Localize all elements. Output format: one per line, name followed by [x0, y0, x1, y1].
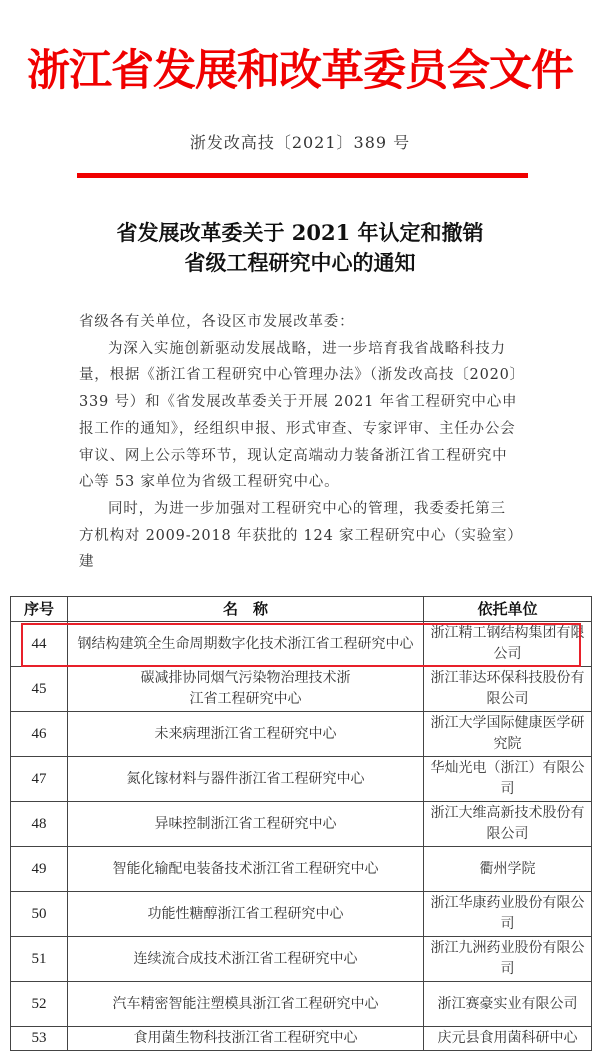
- row-host-unit: 衢州学院: [424, 847, 592, 892]
- row-center-name: 未来病理浙江省工程研究中心: [68, 712, 424, 757]
- row-center-name: 碳减排协同烟气污染物治理技术浙江省工程研究中心: [68, 667, 424, 712]
- row-center-name: 钢结构建筑全生命周期数字化技术浙江省工程研究中心: [68, 622, 424, 667]
- row-index: 50: [11, 892, 68, 937]
- row-center-name: 氮化镓材料与器件浙江省工程研究中心: [68, 757, 424, 802]
- table-row: 50 功能性糖醇浙江省工程研究中心 浙江华康药业股份有限公司: [11, 892, 592, 937]
- body-paragraph-1: 为深入实施创新驱动发展战略，进一步培育我省战略科技力量，根据《浙江省工程研究中心…: [79, 336, 519, 496]
- row-index: 44: [11, 622, 68, 667]
- table-row: 45 碳减排协同烟气污染物治理技术浙江省工程研究中心 浙江菲达环保科技股份有限公…: [11, 667, 592, 712]
- row-host-unit: 浙江大维高新技术股份有限公司: [424, 802, 592, 847]
- document-number: 浙发改高技〔2021〕389 号: [0, 132, 600, 154]
- row-index: 46: [11, 712, 68, 757]
- issuer-title: 浙江省发展和改革委员会文件: [0, 46, 600, 96]
- row-index: 45: [11, 667, 68, 712]
- table-row: 53 食用菌生物科技浙江省工程研究中心 庆元县食用菌科研中心: [11, 1027, 592, 1051]
- body-paragraph-2: 同时，为进一步加强对工程研究中心的管理，我委委托第三方机构对 2009-2018…: [79, 496, 519, 576]
- row-index: 47: [11, 757, 68, 802]
- notice-title-line-1: 省发展改革委关于 2021 年认定和撤销: [0, 218, 600, 248]
- row-center-name: 异味控制浙江省工程研究中心: [68, 802, 424, 847]
- row-host-unit: 浙江大学国际健康医学研究院: [424, 712, 592, 757]
- row-index: 49: [11, 847, 68, 892]
- row-center-name: 功能性糖醇浙江省工程研究中心: [68, 892, 424, 937]
- table-row: 52 汽车精密智能注塑模具浙江省工程研究中心 浙江赛豪实业有限公司: [11, 982, 592, 1027]
- table-row: 48 异味控制浙江省工程研究中心 浙江大维高新技术股份有限公司: [11, 802, 592, 847]
- row-host-unit: 浙江菲达环保科技股份有限公司: [424, 667, 592, 712]
- row-host-unit: 浙江九洲药业股份有限公司: [424, 937, 592, 982]
- row-host-unit: 浙江华康药业股份有限公司: [424, 892, 592, 937]
- row-host-unit: 华灿光电（浙江）有限公司: [424, 757, 592, 802]
- engineering-centers-table: 序号 名 称 依托单位 44 钢结构建筑全生命周期数字化技术浙江省工程研究中心 …: [10, 596, 592, 1051]
- row-host-unit: 浙江精工钢结构集团有限公司: [424, 622, 592, 667]
- row-center-name: 连续流合成技术浙江省工程研究中心: [68, 937, 424, 982]
- row-center-name: 汽车精密智能注塑模具浙江省工程研究中心: [68, 982, 424, 1027]
- column-header-host: 依托单位: [424, 597, 592, 622]
- table-header-row: 序号 名 称 依托单位: [11, 597, 592, 622]
- notice-title-line-2: 省级工程研究中心的通知: [0, 248, 600, 278]
- row-index: 53: [11, 1027, 68, 1051]
- row-host-unit: 庆元县食用菌科研中心: [424, 1027, 592, 1051]
- table-row: 44 钢结构建筑全生命周期数字化技术浙江省工程研究中心 浙江精工钢结构集团有限公…: [11, 622, 592, 667]
- notice-body: 省级各有关单位，各设区市发展改革委： 为深入实施创新驱动发展战略，进一步培育我省…: [79, 309, 519, 576]
- column-header-index: 序号: [11, 597, 68, 622]
- row-center-name: 食用菌生物科技浙江省工程研究中心: [68, 1027, 424, 1051]
- notice-title: 省发展改革委关于 2021 年认定和撤销 省级工程研究中心的通知: [0, 218, 600, 278]
- table-row: 49 智能化输配电装备技术浙江省工程研究中心 衢州学院: [11, 847, 592, 892]
- column-header-name: 名 称: [68, 597, 424, 622]
- row-host-unit: 浙江赛豪实业有限公司: [424, 982, 592, 1027]
- table-row: 46 未来病理浙江省工程研究中心 浙江大学国际健康医学研究院: [11, 712, 592, 757]
- row-index: 48: [11, 802, 68, 847]
- row-center-name: 智能化输配电装备技术浙江省工程研究中心: [68, 847, 424, 892]
- table-row: 51 连续流合成技术浙江省工程研究中心 浙江九洲药业股份有限公司: [11, 937, 592, 982]
- red-divider-line: [77, 173, 528, 178]
- row-index: 52: [11, 982, 68, 1027]
- row-index: 51: [11, 937, 68, 982]
- table-row: 47 氮化镓材料与器件浙江省工程研究中心 华灿光电（浙江）有限公司: [11, 757, 592, 802]
- salutation: 省级各有关单位，各设区市发展改革委：: [79, 309, 519, 336]
